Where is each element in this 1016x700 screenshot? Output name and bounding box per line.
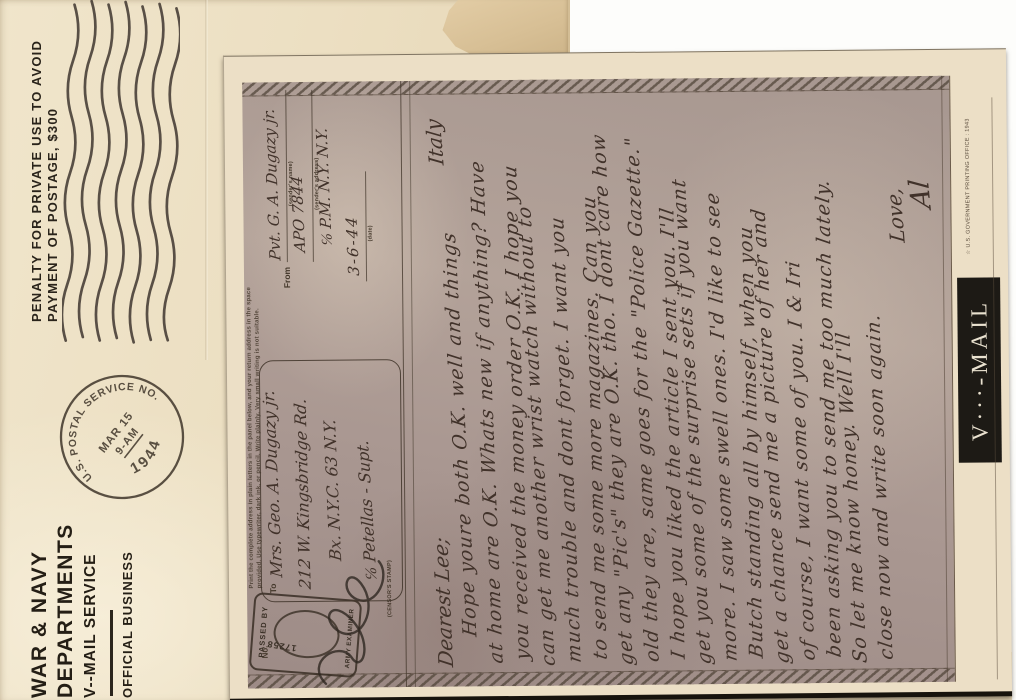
envelope-crease bbox=[205, 0, 208, 360]
to-field-label: To bbox=[268, 584, 278, 594]
departments-line: DEPARTMENTS bbox=[53, 422, 79, 698]
penalty-line2: PAYMENT OF POSTAGE, $300 bbox=[45, 22, 61, 322]
vmail-service-line: V--MAIL SERVICE bbox=[79, 422, 102, 698]
divider-rule bbox=[110, 610, 113, 696]
from-field-label: From bbox=[282, 267, 292, 288]
vmail-photo: Print the complete address in plain lett… bbox=[223, 48, 1012, 700]
return-address-block: WAR & NAVY DEPARTMENTS V--MAIL SERVICE O… bbox=[27, 422, 163, 698]
war-navy-line: WAR & NAVY bbox=[27, 422, 53, 698]
gpo-imprint: ☆ U.S. GOVERNMENT PRINTING OFFICE : 1943 bbox=[965, 118, 972, 254]
letter-signature: Al bbox=[904, 179, 938, 209]
letter-salutation: Dearest Lee; bbox=[428, 536, 458, 669]
letter-dateline: Italy bbox=[421, 118, 449, 166]
vmail-form-area: Print the complete address in plain lett… bbox=[242, 76, 956, 689]
scanned-vmail-document: PENALTY FOR PRIVATE USE TO AVOID PAYMENT… bbox=[0, 0, 1016, 700]
penalty-line1: PENALTY FOR PRIVATE USE TO AVOID bbox=[29, 22, 45, 322]
cancellation-waves-icon bbox=[62, 0, 180, 356]
official-business-line: OFFICIAL BUSINESS bbox=[119, 422, 137, 698]
sender-name: Pvt. G. A. Dugazy jr. bbox=[260, 108, 285, 261]
to-address-line1: Mrs. Geo. A. Dugazy jr. bbox=[259, 389, 286, 578]
from-address-block: From Pvt. G. A. Dugazy jr. (sender's nam… bbox=[266, 85, 398, 290]
letter-date: 3-6-44 bbox=[342, 214, 363, 276]
letter-body: Italy Dearest Lee; Hope youre both O.K. … bbox=[414, 92, 946, 671]
to-address-line3: Bx. N.Y.C. 63 N.Y. bbox=[320, 418, 345, 561]
to-address-line4: ℅ Petellas - Supt. bbox=[353, 439, 382, 581]
passed-by-text: PASSED BY bbox=[256, 594, 271, 668]
vmail-letter-sheet: Print the complete address in plain lett… bbox=[224, 49, 1012, 698]
sender-address1: APO 7844 bbox=[288, 175, 309, 253]
to-address-line2: 212 W. Kingsbridge Rd. bbox=[291, 397, 315, 590]
vmail-logo-text: V···-MAIL bbox=[966, 299, 993, 441]
penalty-notice: PENALTY FOR PRIVATE USE TO AVOID PAYMENT… bbox=[29, 22, 63, 322]
to-address-box: To Mrs. Geo. A. Dugazy jr. 212 W. Kingsb… bbox=[259, 359, 403, 602]
sender-address2: ℅ P.M. N.Y. N.Y. bbox=[312, 127, 336, 247]
date-label: (date) bbox=[368, 225, 374, 241]
